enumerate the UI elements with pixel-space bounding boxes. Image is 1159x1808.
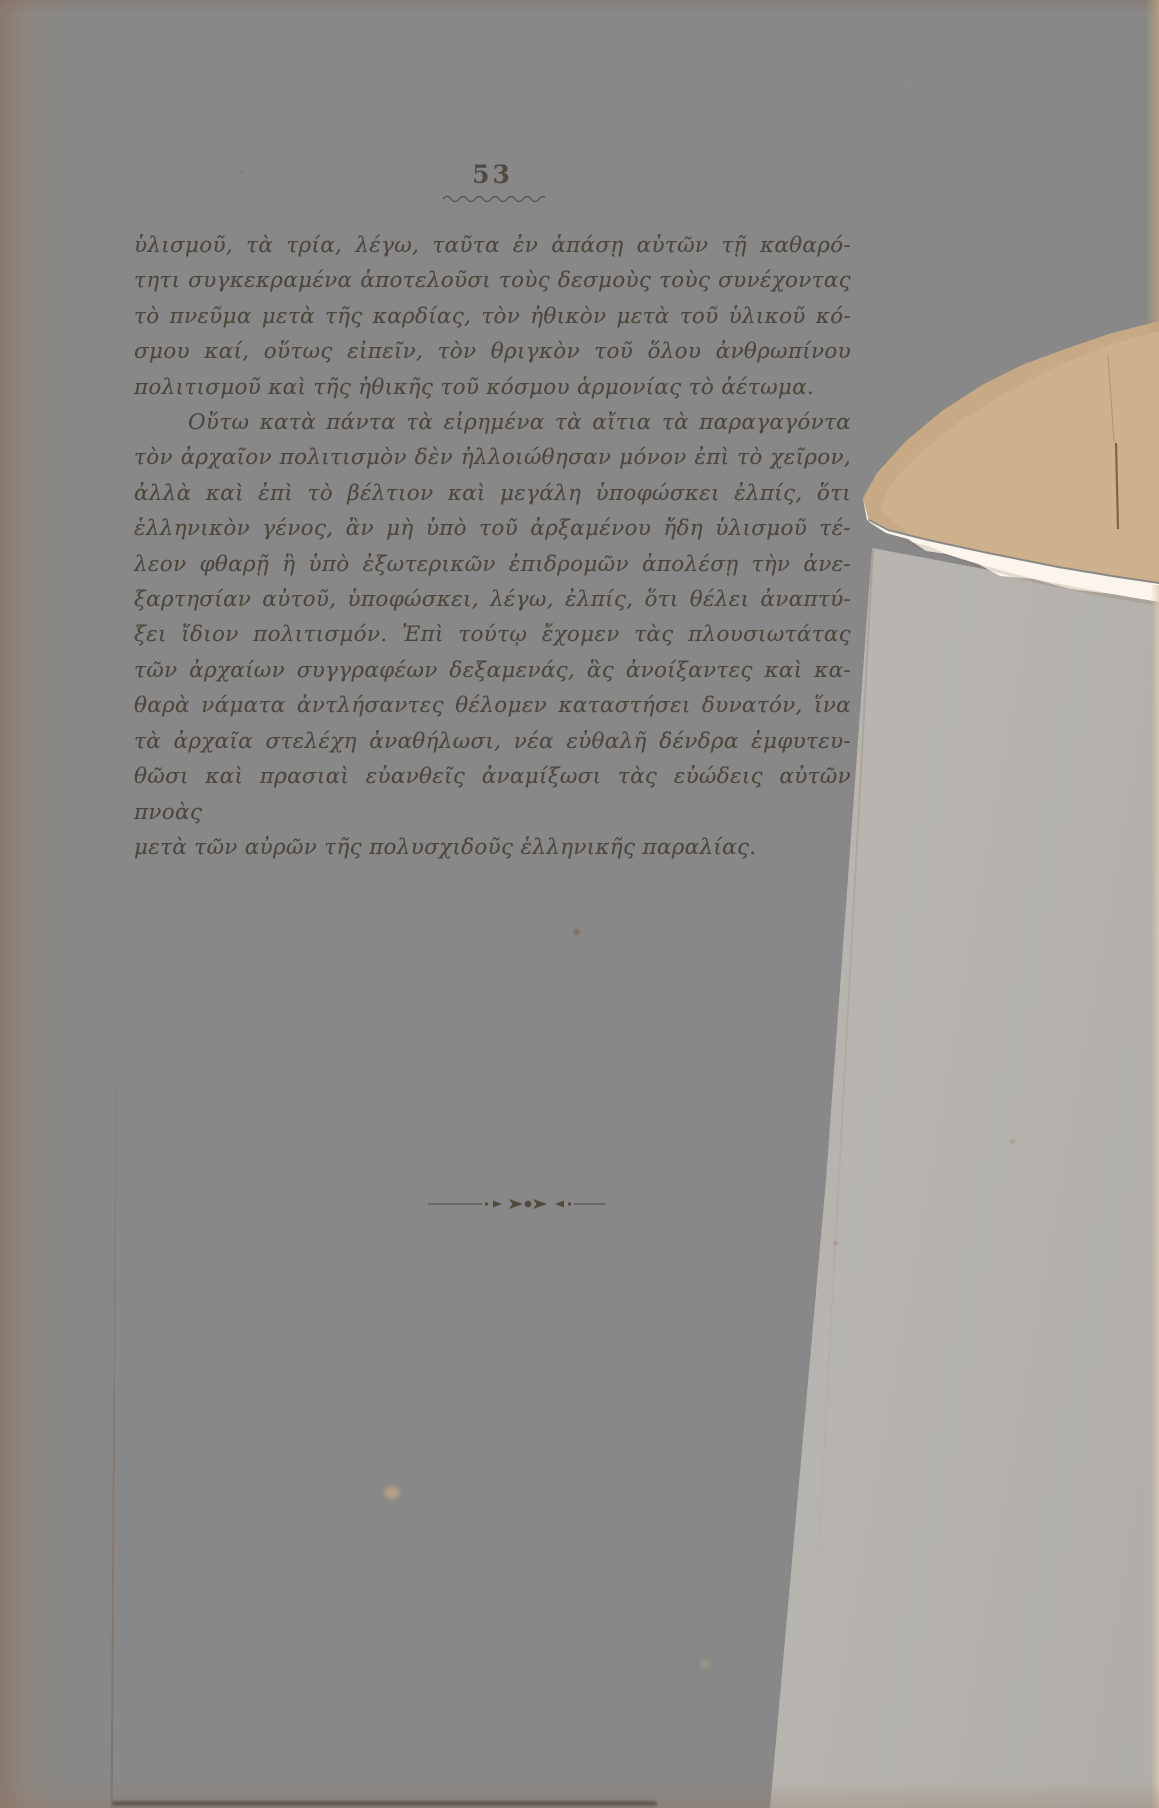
right-edge-light — [1151, 585, 1159, 1808]
text-line: ξει ἴδιον πολιτισμόν. Ἐπὶ τούτῳ ἔχομεν τ… — [134, 617, 851, 652]
text-line: λεον φθαρῇ ἢ ὑπὸ ἐξωτερικῶν ἐπιδρομῶν ἀπ… — [134, 547, 851, 582]
text-line: θαρὰ νάματα ἀντλήσαντες θέλομεν καταστήσ… — [134, 688, 851, 723]
text-line: ἀλλὰ καὶ ἐπὶ τὸ βέλτιον καὶ μεγάλη ὑποφώ… — [134, 476, 851, 511]
page-bottom-edge — [112, 1801, 657, 1806]
text-line: σμου καί, οὕτως εἰπεῖν, τὸν θριγκὸν τοῦ … — [134, 334, 851, 369]
paper-speck — [905, 78, 911, 82]
text-line: τητι συγκεκραμένα ἀποτελοῦσι τοὺς δεσμοὺ… — [134, 263, 851, 298]
text-line: τὸν ἀρχαῖον πολιτισμὸν δὲν ἠλλοιώθησαν μ… — [134, 440, 851, 475]
book-page-scan: 53 ὑλισμοῦ, τὰ τρία, λέγω, ταῦτα ἐν ἁπάσ… — [0, 0, 1159, 1808]
text-line: μετὰ τῶν αὐρῶν τῆς πολυσχιδοῦς ἑλληνικῆς… — [134, 830, 851, 865]
gutter-shadow — [0, 0, 64, 1808]
top-edge-shadow — [0, 0, 1159, 14]
paragraph: ὑλισμοῦ, τὰ τρία, λέγω, ταῦτα ἐν ἁπάσῃ α… — [134, 228, 851, 405]
paper-stain — [700, 1660, 710, 1668]
fold-crease-left — [111, 1030, 118, 1808]
wavy-rule-icon — [441, 193, 545, 203]
text-line: τὸ πνεῦμα μετὰ τῆς καρδίας, τὸν ἠθικὸν μ… — [134, 299, 851, 334]
right-edge-backing — [1146, 0, 1159, 332]
section-divider-icon — [428, 1196, 606, 1212]
torn-paper-area — [850, 315, 1159, 615]
page-number: 53 — [472, 160, 513, 189]
paper-speck — [1010, 1139, 1015, 1144]
text-line: Οὕτω κατὰ πάντα τὰ εἰρημένα τὰ αἴτια τὰ … — [134, 405, 851, 440]
text-line: ὑλισμοῦ, τὰ τρία, λέγω, ταῦτα ἐν ἁπάσῃ α… — [134, 228, 851, 263]
text-line: ξαρτησίαν αὐτοῦ, ὑποφώσκει, λέγω, ἐλπίς,… — [134, 582, 851, 617]
text-line: τὰ ἀρχαῖα στελέχη ἀναθήλωσι, νέα εὐθαλῆ … — [134, 724, 851, 759]
paragraph: Οὕτω κατὰ πάντα τὰ εἰρημένα τὰ αἴτια τὰ … — [134, 405, 851, 865]
folio-header: 53 — [135, 160, 850, 203]
page-text: ὑλισμοῦ, τὰ τρία, λέγω, ταῦτα ἐν ἁπάσῃ α… — [134, 228, 851, 865]
paper-stain — [384, 1486, 400, 1499]
paper-speck — [833, 1241, 838, 1245]
paper-speck — [573, 929, 580, 935]
text-line: ἑλληνικὸν γένος, ἂν μὴ ὑπὸ τοῦ ἀρξαμένου… — [134, 511, 851, 546]
text-line: πολιτισμοῦ καὶ τῆς ἠθικῆς τοῦ κόσμου ἁρμ… — [134, 370, 851, 405]
text-line: θῶσι καὶ πρασιαὶ εὐανθεῖς ἀναμίξωσι τὰς … — [134, 759, 851, 830]
text-line: τῶν ἀρχαίων συγγραφέων δεξαμενάς, ἃς ἀνο… — [134, 653, 851, 688]
